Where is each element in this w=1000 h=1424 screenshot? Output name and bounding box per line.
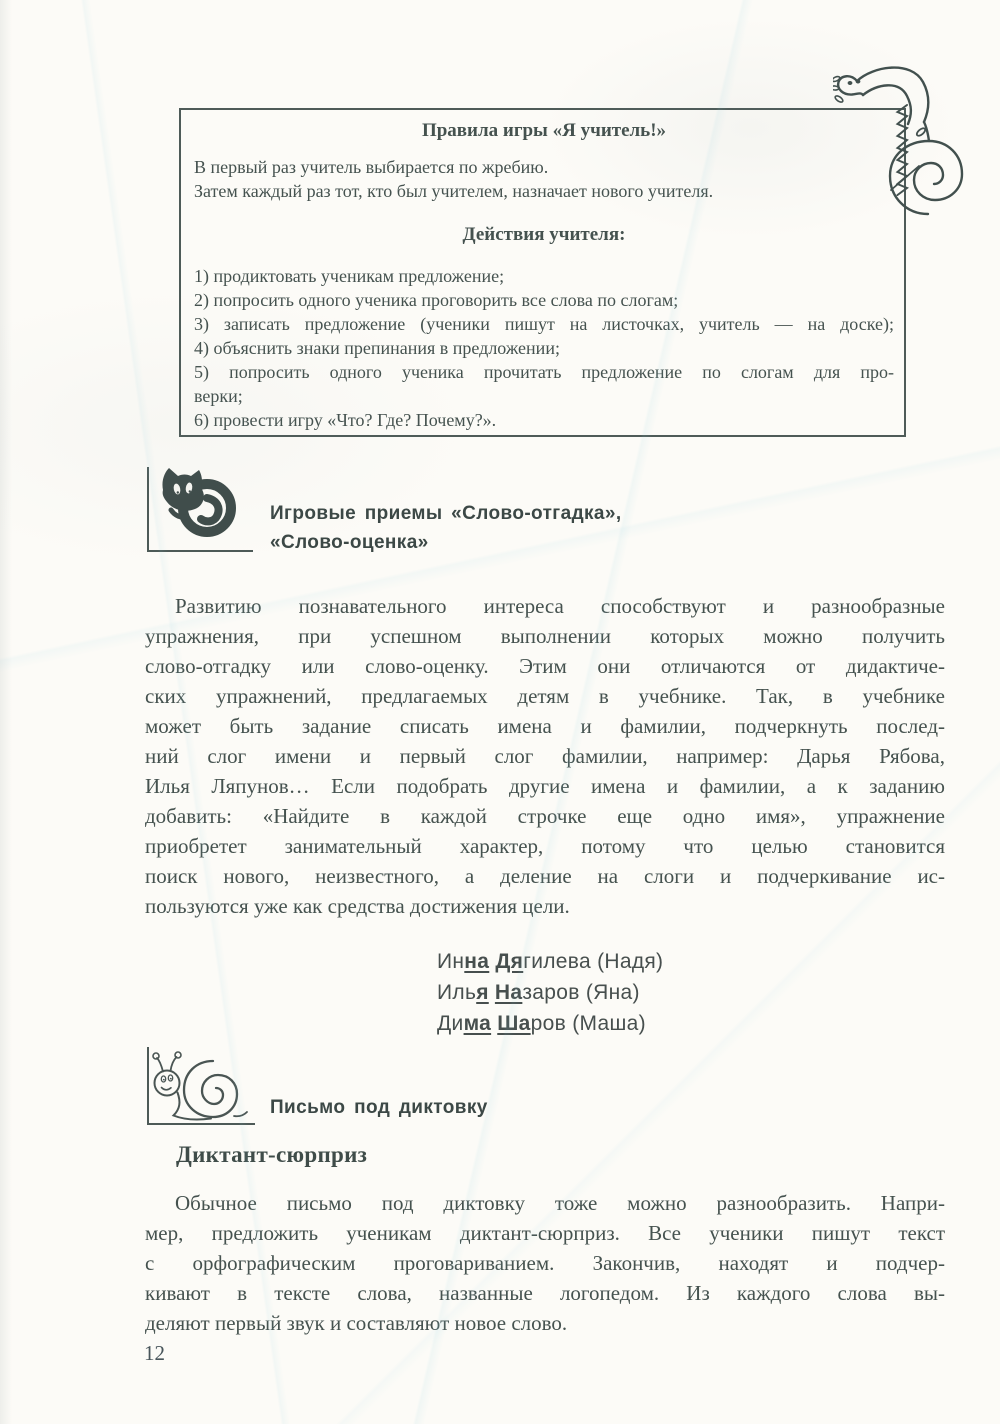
- game-section-title: Игровые приемы «Слово-отгадка», «Слово-о…: [270, 499, 622, 557]
- text-line: добавить: «Найдите в каждой строчке еще …: [145, 801, 945, 831]
- underlined-syllable: я: [476, 981, 489, 1004]
- rules-box: Правила игры «Я учитель!» В первый раз у…: [179, 108, 906, 437]
- cat-icon: [151, 464, 243, 548]
- game-section-title-line2: «Слово-оценка»: [270, 528, 622, 557]
- snail-doodle-icon: [833, 48, 965, 238]
- text-line: верки;: [194, 384, 894, 408]
- text-segment: Ди: [437, 1012, 464, 1035]
- paragraph-game-techniques: Развитию познавательного интереса способ…: [145, 591, 945, 921]
- text-segment: гилева (Надя): [523, 950, 663, 973]
- text-segment: ров (Маша): [531, 1012, 646, 1035]
- text-segment: Иль: [437, 981, 476, 1004]
- rules-box-title: Правила игры «Я учитель!»: [194, 119, 894, 143]
- text-line: деляют первый звук и составляют новое сл…: [145, 1308, 945, 1338]
- text-line: Илья Ляпунов… Если подобрать другие имен…: [145, 771, 945, 801]
- text-segment: Ин: [437, 950, 464, 973]
- text-line: Развитию познавательного интереса способ…: [145, 591, 945, 621]
- text-line: Дима Шаров (Маша): [437, 1008, 663, 1039]
- underlined-syllable: На: [495, 981, 522, 1004]
- rules-box-subtitle: Действия учителя:: [194, 223, 894, 247]
- snail-icon: [150, 1044, 250, 1126]
- text-line: 6) провести игру «Что? Где? Почему?».: [194, 408, 894, 432]
- page-number: 12: [144, 1341, 165, 1366]
- text-line: слово-отгадку или слово-оценку. Этим они…: [145, 651, 945, 681]
- text-line: В первый раз учитель выбирается по жреби…: [194, 155, 894, 179]
- subheading-dictant-surprise: Диктант-сюрприз: [176, 1142, 367, 1168]
- text-line: может быть задание списать имена и фамил…: [145, 711, 945, 741]
- text-line: поиск нового, неизвестного, а деление на…: [145, 861, 945, 891]
- text-line: Инна Дягилева (Надя): [437, 946, 663, 977]
- game-section-title-line1: Игровые приемы «Слово-отгадка»,: [270, 499, 622, 528]
- underlined-syllable: на: [464, 950, 489, 973]
- text-line: 5) попросить одного ученика прочитать пр…: [194, 360, 894, 384]
- dictation-section-title-line1: Письмо под диктовку: [270, 1093, 488, 1122]
- text-line: 2) попросить одного ученика проговорить …: [194, 288, 894, 312]
- book-page: Правила игры «Я учитель!» В первый раз у…: [0, 0, 1000, 1424]
- names-list: Инна Дягилева (Надя)Илья Назаров (Яна)Ди…: [437, 946, 663, 1039]
- underlined-syllable: ма: [464, 1012, 492, 1035]
- text-segment: заров (Яна): [522, 981, 639, 1004]
- text-line: Затем каждый раз тот, кто был учителем, …: [194, 179, 894, 203]
- text-line: приобретет занимательный характер, потом…: [145, 831, 945, 861]
- text-line: ских упражнений, предлагаемых детям в уч…: [145, 681, 945, 711]
- text-line: Илья Назаров (Яна): [437, 977, 663, 1008]
- text-line: 1) продиктовать ученикам предложение;: [194, 264, 894, 288]
- underlined-syllable: Дя: [495, 950, 523, 973]
- text-line: кивают в тексте слова, названные логопед…: [145, 1278, 945, 1308]
- paragraph-dictation: Обычное письмо под диктовку тоже можно р…: [145, 1188, 945, 1338]
- rules-intro: В первый раз учитель выбирается по жреби…: [194, 155, 894, 203]
- text-line: 3) записать предложение (ученики пишут н…: [194, 312, 894, 336]
- rules-list: 1) продиктовать ученикам предложение;2) …: [194, 264, 894, 432]
- text-line: мер, предложить ученикам диктант-сюрприз…: [145, 1218, 945, 1248]
- text-line: Обычное письмо под диктовку тоже можно р…: [145, 1188, 945, 1218]
- underlined-syllable: Ша: [497, 1012, 530, 1035]
- dictation-section-title: Письмо под диктовку: [270, 1093, 488, 1122]
- text-line: пользуются уже как средства достижения ц…: [145, 891, 945, 921]
- text-line: с орфографическим проговариванием. Закон…: [145, 1248, 945, 1278]
- text-line: 4) объяснить знаки препинания в предложе…: [194, 336, 894, 360]
- text-line: упражнения, при успешном выполнении кото…: [145, 621, 945, 651]
- text-line: ний слог имени и первый слог фамилии, на…: [145, 741, 945, 771]
